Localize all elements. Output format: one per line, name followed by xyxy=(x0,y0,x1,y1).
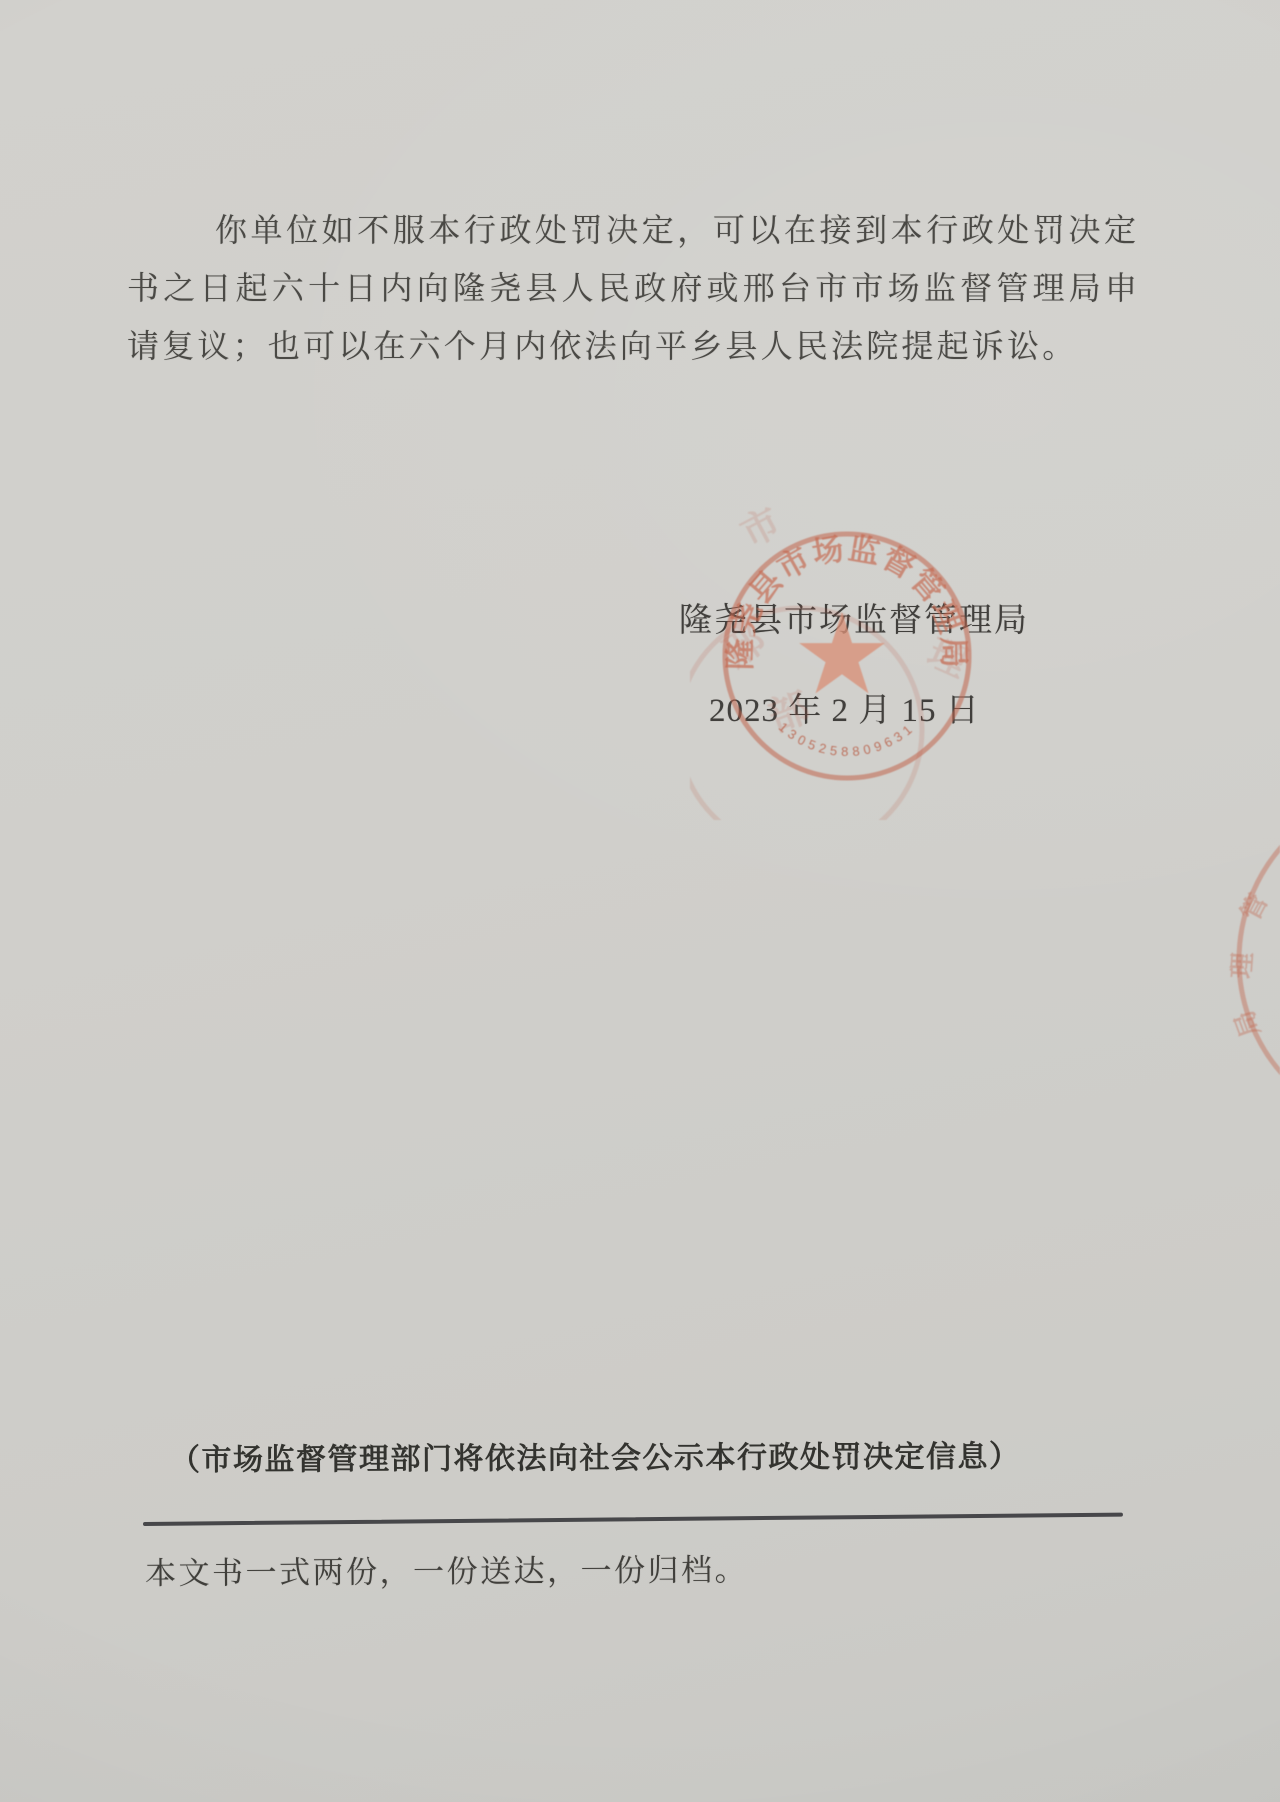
official-seal: 市 邢 部 理 隆尧县市场监督管理局 1305258809631 xyxy=(690,500,1010,820)
paragraph-line-2: 书之日起六十日内向隆尧县人民政府或邢台市市场监督管理局申 xyxy=(127,270,1137,307)
partial-seal-right-edge: 管 理 局 xyxy=(1216,845,1280,1080)
paragraph-line-1: 你单位如不服本行政处罚决定，可以在接到本行政处罚决定 xyxy=(215,212,1136,249)
partial-seal-char: 理 xyxy=(1227,950,1258,979)
paragraph-line-3: 请复议；也可以在六个月内依法向平乡县人民法院提起诉讼。 xyxy=(127,328,1077,365)
footer-divider xyxy=(143,1513,1123,1526)
partial-seal-char: 管 xyxy=(1235,889,1274,926)
copies-note: 本文书一式两份，一份送达，一份归档。 xyxy=(145,1544,748,1593)
star-icon xyxy=(799,612,885,693)
ghost-seal-char: 市 xyxy=(735,501,788,556)
document-page: 你单位如不服本行政处罚决定，可以在接到本行政处罚决定 书之日起六十日内向隆尧县人… xyxy=(0,0,1280,1802)
publicity-notice: （市场监督管理部门将依法向社会公示本行政处罚决定信息） xyxy=(170,1431,1021,1479)
partial-seal-char: 局 xyxy=(1229,1007,1265,1041)
